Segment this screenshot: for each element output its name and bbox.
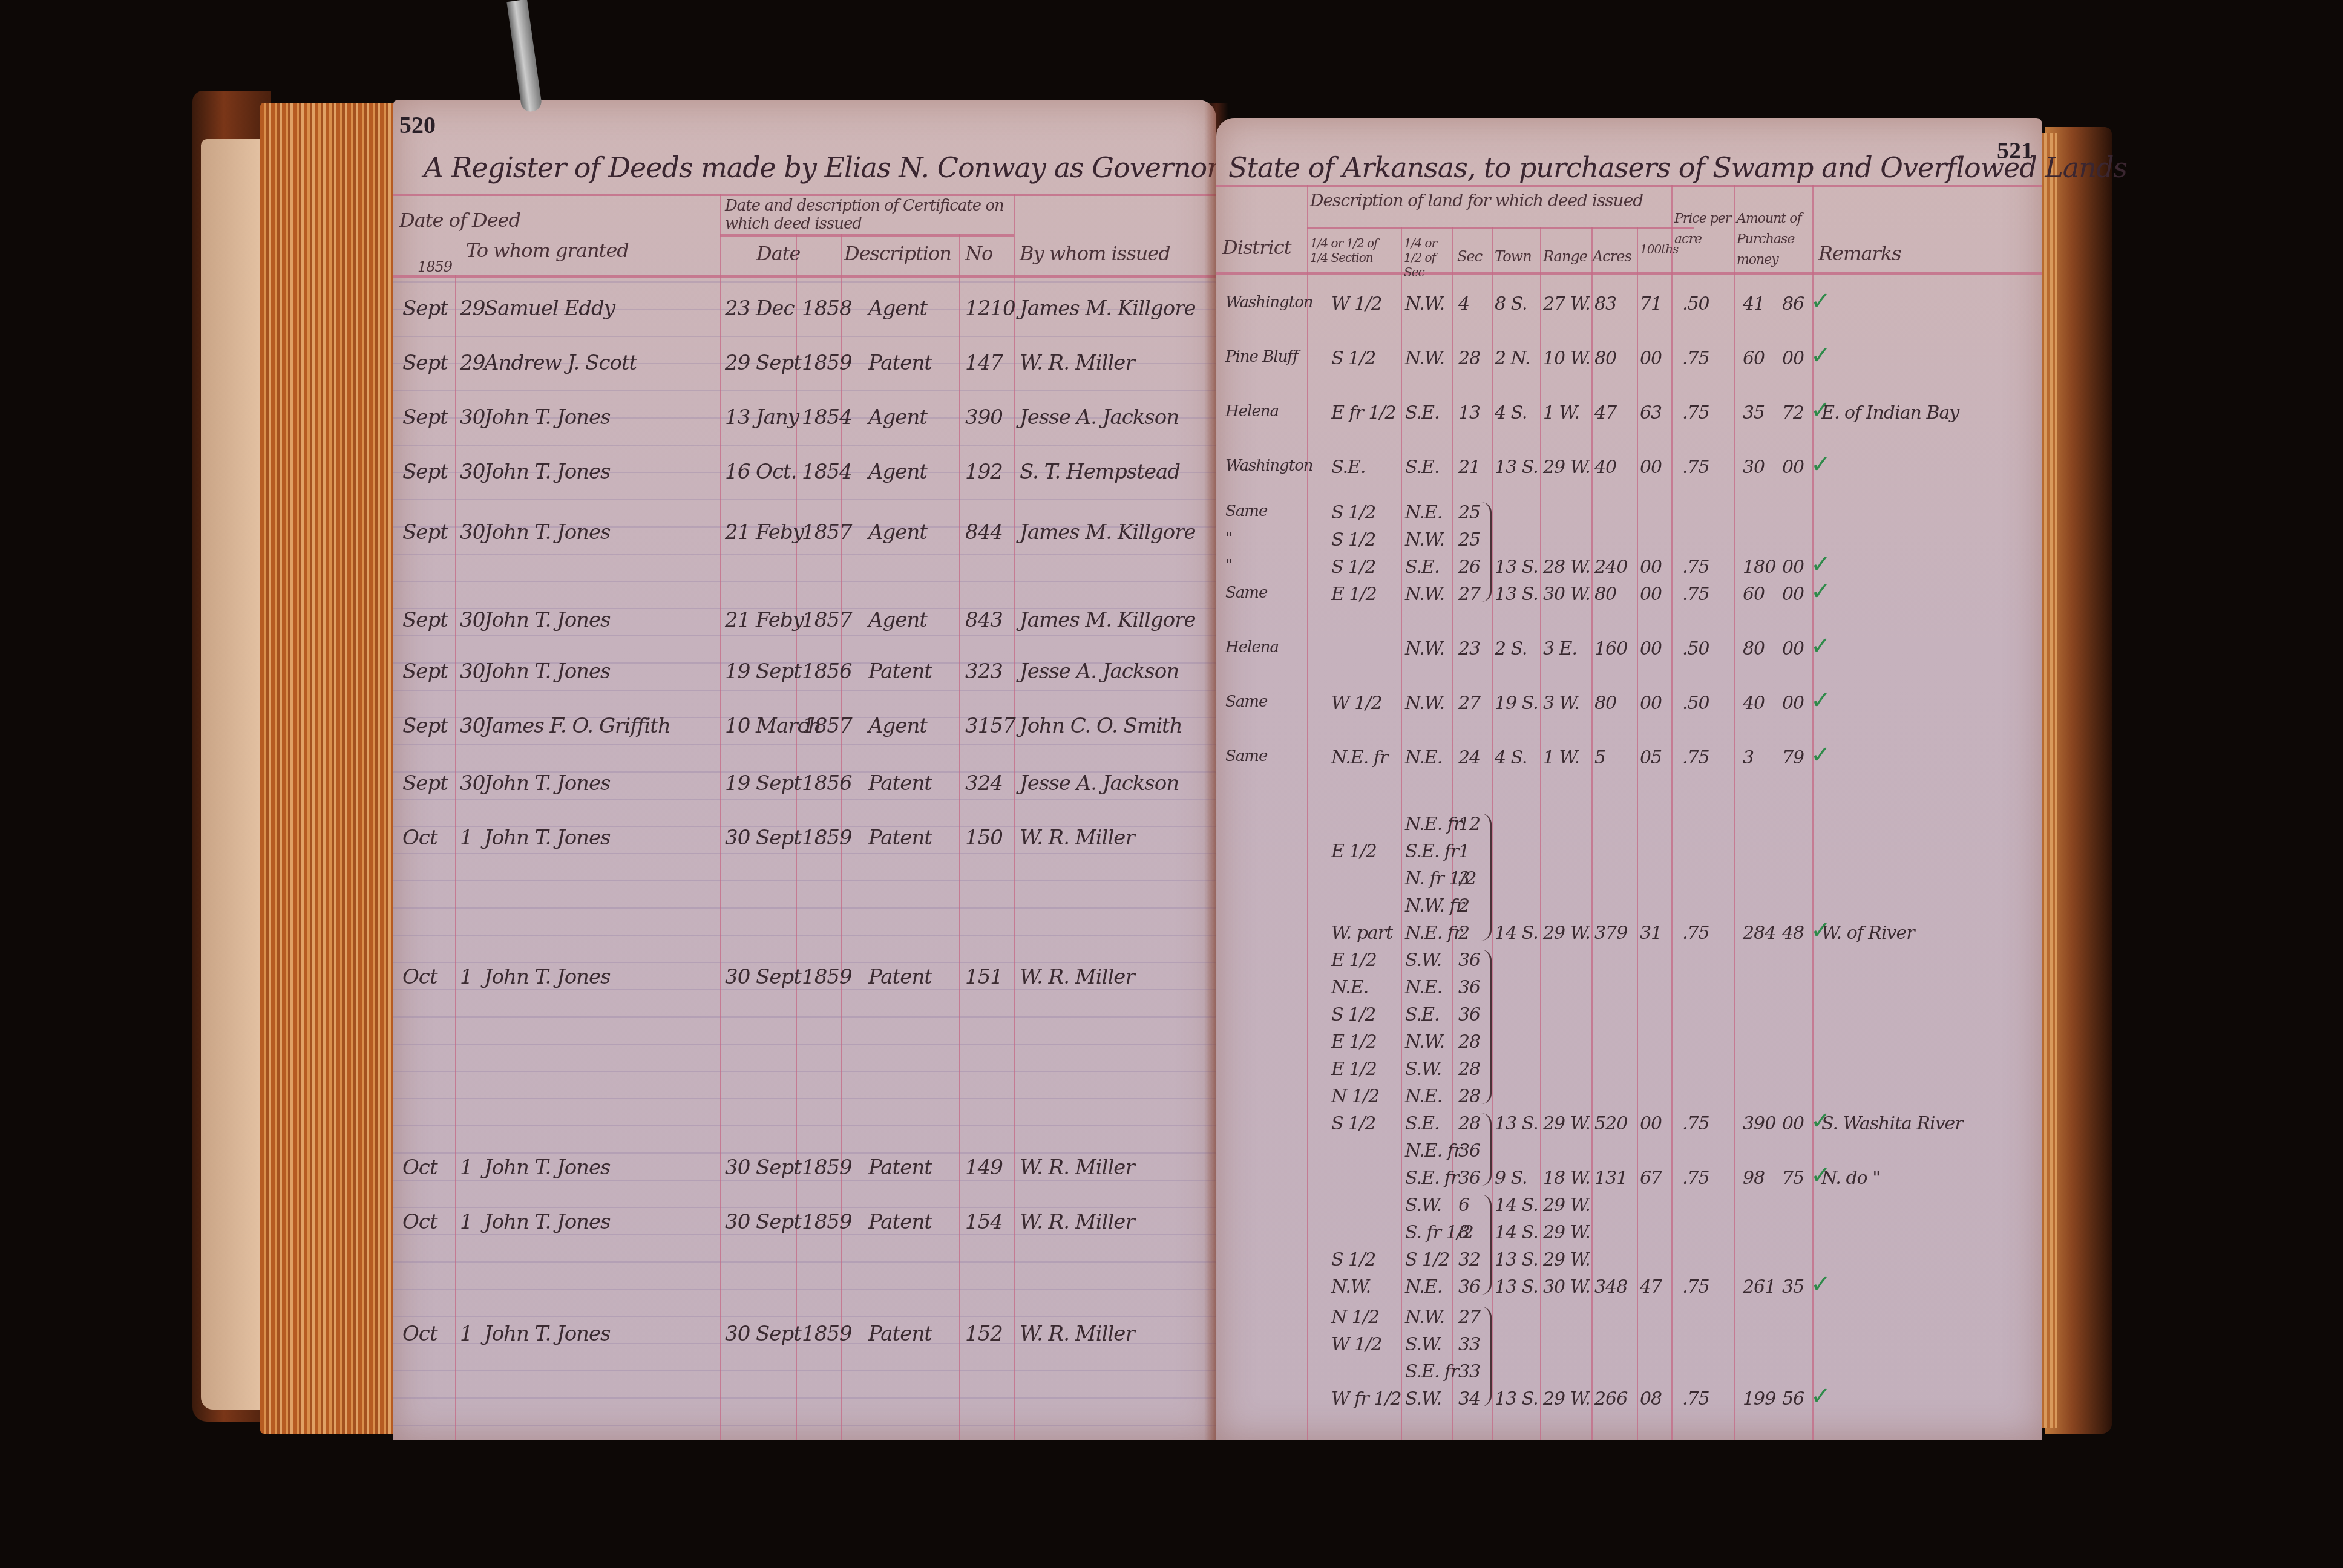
- grantee-name: Samuel Eddy: [484, 296, 615, 321]
- amount-dollars: 390: [1743, 1113, 1775, 1134]
- section: 28: [1458, 1086, 1480, 1107]
- remarks: W. of River: [1821, 923, 1915, 944]
- left-page: 520 A Register of Deeds made by Elias N.…: [393, 100, 1216, 1440]
- deed-day: 1: [460, 1155, 473, 1180]
- cert-description: Patent: [868, 771, 932, 795]
- deed-month: Sept: [402, 405, 448, 430]
- range: 18 W.: [1543, 1168, 1590, 1189]
- quarter-of-section: S 1/2: [1405, 1249, 1449, 1270]
- table-row: Oct1John T. Jones30 Sept1859Patent149W. …: [393, 1155, 1216, 1186]
- acres: 80: [1594, 348, 1616, 369]
- table-row: SameS 1/2N.E.25: [1216, 502, 2042, 526]
- header-remarks: Remarks: [1818, 242, 1901, 265]
- quarter-of-section: S.W.: [1405, 1388, 1441, 1410]
- table-row: Oct1John T. Jones30 Sept1859Patent151W. …: [393, 965, 1216, 995]
- price-per-acre: .75: [1682, 1168, 1709, 1189]
- quarter-of-section: N.W. fr: [1405, 895, 1464, 916]
- price-per-acre: .75: [1682, 1388, 1709, 1410]
- issued-by: W. R. Miller: [1020, 965, 1135, 989]
- grantee-name: John T. Jones: [484, 608, 611, 632]
- acres-hundredths: 71: [1640, 293, 1662, 315]
- district: Pine Bluff: [1225, 348, 1298, 366]
- cert-description: Agent: [868, 520, 927, 544]
- acres-hundredths: 00: [1640, 638, 1662, 659]
- grantee-name: John T. Jones: [484, 1155, 611, 1180]
- acres-hundredths: 00: [1640, 693, 1662, 714]
- part-of-quarter: N.E.: [1331, 977, 1368, 998]
- township: 14 S.: [1495, 923, 1538, 944]
- cert-date: 21 Feby: [725, 608, 804, 632]
- header-year: 1859: [418, 258, 452, 275]
- grouping-brace: [1481, 1195, 1492, 1295]
- cert-date: 13 Jany: [725, 405, 799, 430]
- section: 27: [1458, 693, 1480, 714]
- table-row: Sept30John T. Jones19 Sept1856Patent324J…: [393, 771, 1216, 802]
- range: 29 W.: [1543, 1113, 1590, 1134]
- cert-description: Patent: [868, 351, 932, 375]
- part-of-quarter: S 1/2: [1331, 557, 1375, 578]
- district: Washington: [1225, 293, 1313, 312]
- range: 3 W.: [1543, 693, 1579, 714]
- deed-month: Oct: [402, 1210, 437, 1234]
- table-row: S.W.614 S.29 W.: [1216, 1195, 2042, 1219]
- table-row: Oct1John T. Jones30 Sept1859Patent154W. …: [393, 1210, 1216, 1240]
- header-amount: Amount of Purchase money: [1737, 209, 1809, 270]
- cert-date: 29 Sept: [725, 351, 801, 375]
- section: 2: [1458, 923, 1469, 944]
- checkmark-icon: ✓: [1810, 287, 1831, 315]
- table-row: N.W.N.E.3613 S.30 W.34847.7526135✓: [1216, 1276, 2042, 1301]
- section: 34: [1458, 1388, 1480, 1410]
- issued-by: S. T. Hempstead: [1020, 460, 1180, 484]
- grouping-brace: [1481, 502, 1492, 602]
- checkmark-icon: ✓: [1810, 1107, 1831, 1135]
- acres-hundredths: 08: [1640, 1388, 1662, 1410]
- issued-by: Jesse A. Jackson: [1020, 659, 1179, 684]
- ruling-line: [393, 554, 1216, 555]
- quarter-of-section: S.E.: [1405, 1113, 1439, 1134]
- cert-number: 390: [965, 405, 1003, 430]
- header-quarter-of-sec: 1/4 or 1/2 of Sec: [1404, 236, 1451, 279]
- cert-number: 149: [965, 1155, 1003, 1180]
- deed-day: 1: [460, 1322, 473, 1346]
- header-by-whom-issued: By whom issued: [1020, 242, 1170, 265]
- part-of-quarter: W 1/2: [1331, 293, 1382, 315]
- township: 13 S.: [1495, 557, 1538, 578]
- cert-year: 1859: [802, 826, 852, 850]
- district: ": [1225, 557, 1232, 575]
- ruling-line: [393, 1261, 1216, 1263]
- cert-date: 19 Sept: [725, 659, 801, 684]
- cert-number: 152: [965, 1322, 1003, 1346]
- col-divider: [455, 275, 456, 1440]
- part-of-quarter: S.E.: [1331, 457, 1365, 478]
- range: 1 W.: [1543, 747, 1579, 768]
- table-row: "S 1/2S.E.2613 S.28 W.24000.7518000✓: [1216, 557, 2042, 581]
- issued-by: Jesse A. Jackson: [1020, 771, 1179, 795]
- part-of-quarter: E 1/2: [1331, 841, 1377, 862]
- section: 4: [1458, 293, 1469, 315]
- amount-cents: 56: [1782, 1388, 1804, 1410]
- ruling-line: [393, 880, 1216, 881]
- table-row: WashingtonW 1/2N.W.48 S.27 W.8371.504186…: [1216, 293, 2042, 318]
- deed-month: Oct: [402, 1155, 437, 1180]
- deed-day: 30: [460, 659, 485, 684]
- ruling-line: [393, 1152, 1216, 1154]
- cert-year: 1859: [802, 1155, 852, 1180]
- grouping-brace: [1481, 1307, 1492, 1406]
- flyleaf: [201, 139, 261, 1410]
- table-row: S.E. fr369 S.18 W.13167.759875N. do "✓: [1216, 1168, 2042, 1192]
- cert-number: 323: [965, 659, 1003, 684]
- header-rule-group: [720, 234, 1014, 237]
- cert-date: 30 Sept: [725, 826, 801, 850]
- header-rule-top: [1216, 185, 2042, 187]
- quarter-of-section: N.W.: [1405, 693, 1444, 714]
- header-acres: Acres: [1593, 248, 1631, 265]
- grantee-name: James F. O. Griffith: [484, 714, 670, 738]
- range: 29 W.: [1543, 1222, 1590, 1243]
- register-title-left: A Register of Deeds made by Elias N. Con…: [424, 151, 1306, 184]
- amount-dollars: 284: [1743, 923, 1775, 944]
- acres: 266: [1594, 1388, 1627, 1410]
- header-description: Description: [844, 242, 951, 265]
- checkmark-icon: ✓: [1810, 396, 1831, 424]
- district: Same: [1225, 693, 1267, 711]
- cert-year: 1857: [802, 714, 852, 738]
- district: Same: [1225, 502, 1267, 520]
- quarter-of-section: S.E.: [1405, 557, 1439, 578]
- section: 12: [1458, 814, 1480, 835]
- cert-date: 23 Dec: [725, 296, 795, 321]
- range: 29 W.: [1543, 1249, 1590, 1270]
- amount-dollars: 40: [1743, 693, 1765, 714]
- part-of-quarter: W 1/2: [1331, 1334, 1382, 1355]
- ruling-line: [393, 1425, 1216, 1426]
- header-rule-bottom: [393, 275, 1216, 278]
- ruling-line: [393, 1071, 1216, 1072]
- cert-date: 30 Sept: [725, 965, 801, 989]
- section: 27: [1458, 1307, 1480, 1328]
- grantee-name: John T. Jones: [484, 1322, 611, 1346]
- acres-hundredths: 00: [1640, 557, 1662, 578]
- amount-dollars: 3: [1743, 747, 1754, 768]
- acres-hundredths: 00: [1640, 348, 1662, 369]
- deed-day: 30: [460, 608, 485, 632]
- ruling-line: [393, 1207, 1216, 1208]
- part-of-quarter: S 1/2: [1331, 1004, 1375, 1025]
- table-row: E 1/2S.E. fr1: [1216, 841, 2042, 865]
- table-row: N 1/2N.E.28: [1216, 1086, 2042, 1110]
- checkmark-icon: ✓: [1810, 632, 1831, 660]
- section: 27: [1458, 584, 1480, 605]
- deed-day: 30: [460, 520, 485, 544]
- header-price-per-acre: Price per acre: [1674, 209, 1732, 250]
- header-no: No: [965, 242, 992, 265]
- district: Washington: [1225, 457, 1313, 475]
- checkmark-icon: ✓: [1810, 916, 1831, 944]
- deed-month: Oct: [402, 826, 437, 850]
- section: 25: [1458, 529, 1480, 550]
- price-per-acre: .75: [1682, 747, 1709, 768]
- quarter-of-section: S.E. fr: [1405, 1361, 1458, 1382]
- acres: 5: [1594, 747, 1605, 768]
- cert-year: 1859: [802, 1210, 852, 1234]
- page-number-left: 520: [399, 111, 436, 139]
- quarter-of-section: S.W.: [1405, 1334, 1441, 1355]
- deed-month: Sept: [402, 714, 448, 738]
- section: 8: [1458, 1222, 1469, 1243]
- quarter-of-section: N.W.: [1405, 348, 1444, 369]
- grouping-brace: [1481, 814, 1492, 941]
- range: 29 W.: [1543, 1195, 1590, 1216]
- checkmark-icon: ✓: [1810, 578, 1831, 606]
- table-row: E 1/2N.W.28: [1216, 1031, 2042, 1056]
- table-row: S.E. fr33: [1216, 1361, 2042, 1385]
- metal-page-clip: [506, 0, 542, 113]
- cert-number: 147: [965, 351, 1003, 375]
- range: 10 W.: [1543, 348, 1590, 369]
- district: Helena: [1225, 638, 1279, 656]
- cert-year: 1858: [802, 296, 852, 321]
- amount-cents: 00: [1782, 348, 1804, 369]
- acres: 83: [1594, 293, 1616, 315]
- quarter-of-section: N.W.: [1405, 584, 1444, 605]
- cert-description: Patent: [868, 659, 932, 684]
- township: 14 S.: [1495, 1195, 1538, 1216]
- table-row: Sept30John T. Jones21 Feby1857Agent844Ja…: [393, 520, 1216, 550]
- part-of-quarter: N 1/2: [1331, 1307, 1379, 1328]
- section: 26: [1458, 557, 1480, 578]
- quarter-of-section: S.E. fr: [1405, 1168, 1458, 1189]
- quarter-of-section: N.E. fr: [1405, 814, 1461, 835]
- amount-cents: 00: [1782, 693, 1804, 714]
- district: Same: [1225, 584, 1267, 602]
- cert-number: 1210: [965, 296, 1015, 321]
- amount-cents: 35: [1782, 1276, 1804, 1298]
- section: 24: [1458, 747, 1480, 768]
- cert-year: 1854: [802, 405, 852, 430]
- section: 28: [1458, 348, 1480, 369]
- cert-description: Agent: [868, 714, 927, 738]
- section: 28: [1458, 1059, 1480, 1080]
- issued-by: W. R. Miller: [1020, 1210, 1135, 1234]
- section: 23: [1458, 638, 1480, 659]
- cert-date: 21 Feby: [725, 520, 804, 544]
- remarks: S. Washita River: [1821, 1113, 1963, 1134]
- deed-day: 30: [460, 460, 485, 484]
- header-certificate-group: Date and description of Certificate on w…: [725, 197, 1009, 233]
- cert-date: 30 Sept: [725, 1322, 801, 1346]
- quarter-of-section: N.W.: [1405, 638, 1444, 659]
- deed-day: 1: [460, 1210, 473, 1234]
- acres-hundredths: 00: [1640, 1113, 1662, 1134]
- section: 28: [1458, 1031, 1480, 1053]
- amount-dollars: 261: [1743, 1276, 1775, 1298]
- part-of-quarter: E 1/2: [1331, 584, 1377, 605]
- price-per-acre: .50: [1682, 693, 1709, 714]
- deed-day: 29: [460, 296, 485, 321]
- amount-cents: 00: [1782, 638, 1804, 659]
- amount-dollars: 98: [1743, 1168, 1765, 1189]
- quarter-of-section: S.W.: [1405, 1195, 1441, 1216]
- range: 1 W.: [1543, 402, 1579, 423]
- grantee-name: John T. Jones: [484, 659, 611, 684]
- right-page: 521 State of Arkansas, to purchasers of …: [1216, 118, 2042, 1440]
- township: 13 S.: [1495, 1276, 1538, 1298]
- district: Helena: [1225, 402, 1279, 420]
- checkmark-icon: ✓: [1810, 1161, 1831, 1189]
- table-row: N.E.N.E.36: [1216, 977, 2042, 1001]
- header-date-of-deed: Date of Deed: [399, 209, 520, 232]
- section: 36: [1458, 977, 1480, 998]
- quarter-of-section: N.E.: [1405, 977, 1442, 998]
- table-row: Sept30John T. Jones13 Jany1854Agent390Je…: [393, 405, 1216, 436]
- quarter-of-section: N.E.: [1405, 1276, 1442, 1298]
- table-row: Pine BluffS 1/2N.W.282 N.10 W.8000.75600…: [1216, 348, 2042, 372]
- header-town: Town: [1495, 248, 1532, 265]
- township: 13 S.: [1495, 1113, 1538, 1134]
- table-row: Sept29Andrew J. Scott29 Sept1859Patent14…: [393, 351, 1216, 381]
- table-row: W 1/2S.W.33: [1216, 1334, 2042, 1358]
- section: 25: [1458, 502, 1480, 523]
- table-row: E 1/2S.W.28: [1216, 1059, 2042, 1083]
- section: 21: [1458, 457, 1480, 478]
- quarter-of-section: S.E.: [1405, 457, 1439, 478]
- table-row: W fr 1/2S.W.3413 S.29 W.26608.7519956✓: [1216, 1388, 2042, 1413]
- amount-cents: 86: [1782, 293, 1804, 315]
- section: 36: [1458, 1276, 1480, 1298]
- section: 2: [1458, 895, 1469, 916]
- amount-dollars: 180: [1743, 557, 1775, 578]
- ruling-line: [393, 445, 1216, 446]
- part-of-quarter: E 1/2: [1331, 1059, 1377, 1080]
- part-of-quarter: N 1/2: [1331, 1086, 1379, 1107]
- issued-by: W. R. Miller: [1020, 351, 1135, 375]
- issued-by: John C. O. Smith: [1020, 714, 1182, 738]
- price-per-acre: .75: [1682, 584, 1709, 605]
- quarter-of-section: N.E. fr: [1405, 923, 1461, 944]
- section: 33: [1458, 1361, 1480, 1382]
- ruling-line: [393, 907, 1216, 909]
- amount-dollars: 41: [1743, 293, 1765, 315]
- range: 28 W.: [1543, 557, 1590, 578]
- header-rule-top: [393, 194, 1216, 196]
- header-sec: Sec: [1457, 248, 1482, 265]
- acres: 80: [1594, 584, 1616, 605]
- section: 36: [1458, 1168, 1480, 1189]
- table-row: "S 1/2N.W.25: [1216, 529, 2042, 554]
- amount-cents: 00: [1782, 457, 1804, 478]
- ruling-line: [393, 1370, 1216, 1371]
- price-per-acre: .75: [1682, 457, 1709, 478]
- ruling-line: [393, 581, 1216, 582]
- quarter-of-section: N.E. fr: [1405, 1140, 1461, 1161]
- township: 13 S.: [1495, 1388, 1538, 1410]
- cert-year: 1859: [802, 965, 852, 989]
- issued-by: W. R. Miller: [1020, 826, 1135, 850]
- table-row: Sept29Samuel Eddy23 Dec1858Agent1210Jame…: [393, 296, 1216, 327]
- range: 30 W.: [1543, 1276, 1590, 1298]
- grantee-name: John T. Jones: [484, 405, 611, 430]
- cert-number: 150: [965, 826, 1003, 850]
- price-per-acre: .75: [1682, 1113, 1709, 1134]
- price-per-acre: .75: [1682, 348, 1709, 369]
- table-row: N. fr 1/23: [1216, 868, 2042, 892]
- header-rule-bottom: [1216, 272, 2042, 275]
- amount-cents: 72: [1782, 402, 1804, 423]
- deed-month: Sept: [402, 771, 448, 795]
- acres-hundredths: 47: [1640, 1276, 1662, 1298]
- part-of-quarter: S 1/2: [1331, 529, 1375, 550]
- table-row: Sept30John T. Jones21 Feby1857Agent843Ja…: [393, 608, 1216, 638]
- part-of-quarter: S 1/2: [1331, 1113, 1375, 1134]
- checkmark-icon: ✓: [1810, 550, 1831, 578]
- ruling-line: [393, 1316, 1216, 1317]
- deed-day: 30: [460, 405, 485, 430]
- cert-year: 1857: [802, 520, 852, 544]
- cert-year: 1857: [802, 608, 852, 632]
- deed-month: Oct: [402, 965, 437, 989]
- table-row: Sept30John T. Jones16 Oct.1854Agent192S.…: [393, 460, 1216, 490]
- quarter-of-section: S.W.: [1405, 950, 1441, 971]
- issued-by: W. R. Miller: [1020, 1155, 1135, 1180]
- header-to-whom-granted: To whom granted: [466, 239, 629, 262]
- range: 27 W.: [1543, 293, 1590, 315]
- deed-month: Sept: [402, 460, 448, 484]
- grantee-name: John T. Jones: [484, 520, 611, 544]
- range: 29 W.: [1543, 1388, 1590, 1410]
- amount-cents: 79: [1782, 747, 1804, 768]
- amount-dollars: 60: [1743, 584, 1765, 605]
- quarter-of-section: N.E.: [1405, 502, 1442, 523]
- quarter-of-section: S.E.: [1405, 402, 1439, 423]
- grantee-name: John T. Jones: [484, 826, 611, 850]
- header-range: Range: [1543, 248, 1587, 265]
- quarter-of-section: S.E. fr: [1405, 841, 1458, 862]
- cert-number: 3157: [965, 714, 1015, 738]
- acres-hundredths: 05: [1640, 747, 1662, 768]
- acres: 40: [1594, 457, 1616, 478]
- issued-by: Jesse A. Jackson: [1020, 405, 1179, 430]
- header-hundredths: 100ths: [1640, 242, 1678, 256]
- cert-description: Patent: [868, 1210, 932, 1234]
- grouping-brace: [1481, 1113, 1492, 1186]
- amount-dollars: 35: [1743, 402, 1765, 423]
- table-row: Oct1John T. Jones30 Sept1859Patent150W. …: [393, 826, 1216, 856]
- cert-number: 151: [965, 965, 1003, 989]
- district: Same: [1225, 747, 1267, 765]
- issued-by: James M. Killgore: [1020, 296, 1196, 321]
- acres-hundredths: 00: [1640, 457, 1662, 478]
- cert-date: 30 Sept: [725, 1210, 801, 1234]
- acres: 348: [1594, 1276, 1627, 1298]
- issued-by: James M. Killgore: [1020, 520, 1196, 544]
- cert-description: Patent: [868, 965, 932, 989]
- part-of-quarter: S 1/2: [1331, 348, 1375, 369]
- cert-year: 1854: [802, 460, 852, 484]
- part-of-quarter: W 1/2: [1331, 693, 1382, 714]
- acres: 131: [1594, 1168, 1627, 1189]
- cert-year: 1859: [802, 1322, 852, 1346]
- ruling-line: [393, 935, 1216, 936]
- township: 4 S.: [1495, 402, 1527, 423]
- deed-month: Sept: [402, 520, 448, 544]
- price-per-acre: .50: [1682, 638, 1709, 659]
- grantee-name: John T. Jones: [484, 460, 611, 484]
- cert-description: Agent: [868, 460, 927, 484]
- grantee-name: John T. Jones: [484, 771, 611, 795]
